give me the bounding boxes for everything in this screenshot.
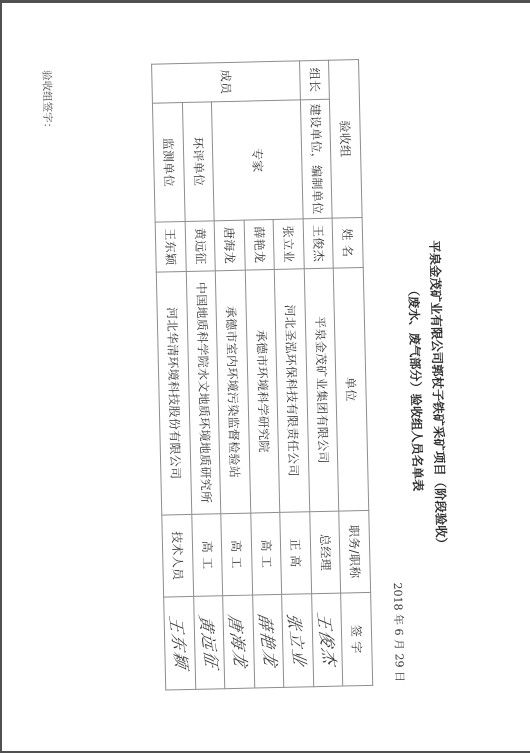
category-expert: 专家 [212, 100, 303, 221]
category-eia-unit: 环评单位 [182, 102, 214, 222]
role-leader: 组长 [300, 60, 330, 100]
handwritten-signature: 张立业 [283, 611, 314, 669]
member-unit: 河北圣泓环保科技有限责任公司 [275, 269, 310, 513]
team-signature-section: 验收组签字： [39, 66, 55, 166]
signature-cell: 薛艳龙 [253, 594, 285, 688]
signature-cell: 张立业 [282, 594, 314, 688]
member-unit: 中国地质科学院水文地质环境地质研究所 [186, 271, 221, 515]
acceptance-team-table: 验收组 姓 名 单位 职务/职称 签 字 组长 建设单位，编制单位 王俊杰 平泉… [152, 59, 373, 690]
document-header: 平泉金茂矿业有限公司郭杖子铁矿采矿项目（阶段验收） （废水、废气部分）验收组人员… [375, 57, 454, 734]
member-title: 总经理 [310, 511, 341, 594]
member-name: 王俊杰 [303, 218, 334, 269]
header-group: 验收组 [329, 60, 362, 219]
signature-cell: 黄远征 [194, 596, 226, 690]
category-builder-compiler: 建设单位，编制单位 [300, 99, 332, 219]
member-name: 黄远征 [185, 221, 216, 272]
header-unit: 单位 [334, 267, 369, 511]
member-unit: 平泉金茂矿业集团有限公司 [304, 268, 339, 512]
role-members: 成员 [152, 61, 300, 103]
member-title: 技术人员 [162, 514, 193, 597]
member-title: 正 高 [280, 512, 311, 595]
category-monitoring-unit: 监测单位 [153, 103, 185, 223]
member-unit: 河北华清环境科技股份有限公司 [157, 271, 192, 515]
member-name: 唐海龙 [215, 220, 246, 271]
signature-cell: 王俊杰 [312, 593, 344, 687]
member-title: 高 工 [251, 512, 282, 595]
handwritten-signature: 王东颖 [165, 614, 196, 672]
member-unit: 承德市室内环境污染监督检验站 [216, 270, 251, 514]
member-title: 高 工 [221, 513, 252, 596]
member-name: 王东颖 [156, 221, 187, 272]
header-name: 姓 名 [333, 217, 364, 268]
member-title: 高 工 [192, 514, 223, 597]
handwritten-signature: 王俊杰 [312, 611, 343, 669]
handwritten-signature: 黄远征 [194, 614, 225, 672]
member-name: 薛艳龙 [244, 219, 275, 270]
handwritten-signature: 唐海龙 [224, 613, 255, 671]
signature-cell: 唐海龙 [223, 595, 255, 689]
scanned-document-page: 平泉金茂矿业有限公司郭杖子铁矿采矿项目（阶段验收） （废水、废气部分）验收组人员… [0, 0, 530, 753]
roster-table: 验收组 姓 名 单位 职务/职称 签 字 组长 建设单位，编制单位 王俊杰 平泉… [152, 59, 374, 691]
member-unit: 承德市环境科学研究院 [245, 269, 280, 513]
member-name: 张立业 [274, 219, 305, 270]
handwritten-signature: 薛艳龙 [253, 612, 284, 670]
header-title: 职务/职称 [339, 510, 370, 593]
team-signature-label: 验收组签字： [39, 66, 55, 166]
header-signature: 签 字 [341, 592, 373, 686]
signature-cell: 王东颖 [164, 596, 196, 690]
